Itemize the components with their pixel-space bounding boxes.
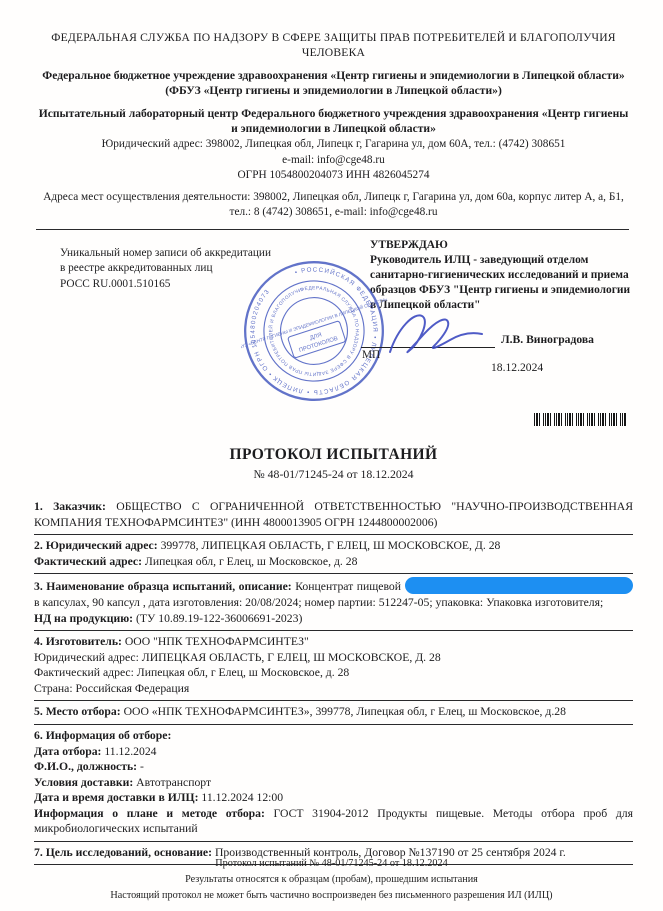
section4-value: ООО "НПК ТЕХНОФАРМСИНТЕЗ"	[125, 635, 309, 648]
federal-service-name: ФЕДЕРАЛЬНАЯ СЛУЖБА ПО НАДЗОРУ В СФЕРЕ ЗА…	[34, 30, 633, 61]
section2-value: 399778, ЛИПЕЦКАЯ ОБЛАСТЬ, Г ЕЛЕЦ, Ш МОСК…	[161, 539, 501, 552]
section1-label: 1. Заказчик:	[34, 500, 106, 513]
approval-text: УТВЕРЖДАЮ Руководитель ИЛЦ - заведующий …	[370, 238, 636, 313]
section2-label: 2. Юридический адрес:	[34, 539, 158, 552]
sampling-method-label: Информация о плане и методе отбора:	[34, 807, 265, 820]
signature-scribble	[384, 308, 494, 360]
footer-results-note: Результаты относятся к образцам (пробам)…	[0, 872, 663, 888]
email-line: e-mail: info@cge48.ru	[34, 153, 633, 168]
stamp-outer-ring-text: • РОССИЙСКАЯ ФЕДЕРАЦИЯ • ЛИПЕЦКАЯ ОБЛАСТ…	[241, 258, 387, 404]
sampler-name-value: -	[140, 760, 144, 773]
round-stamp: • РОССИЙСКАЯ ФЕДЕРАЦИЯ • ЛИПЕЦКАЯ ОБЛАСТ…	[241, 258, 387, 404]
divider	[34, 700, 633, 701]
sampling-date-label: Дата отбора:	[34, 745, 101, 758]
approval-block: Уникальный номер записи об аккредитации …	[34, 230, 633, 442]
svg-text:• РОССИЙСКАЯ ФЕДЕРАЦИЯ • ЛИПЕЦ: • РОССИЙСКАЯ ФЕДЕРАЦИЯ • ЛИПЕЦКАЯ ОБЛАСТ…	[241, 258, 387, 404]
divider	[34, 724, 633, 725]
section-customer: 1. Заказчик: ОБЩЕСТВО С ОГРАНИЧЕННОЙ ОТВ…	[34, 498, 633, 532]
divider	[34, 841, 633, 842]
protocol-title: ПРОТОКОЛ ИСПЫТАНИЙ	[34, 446, 633, 464]
delivery-conditions-value: Автотранспорт	[136, 776, 211, 789]
section-manufacturer: 4. Изготовитель: ООО "НПК ТЕХНОФАРМСИНТЕ…	[34, 633, 633, 698]
divider	[34, 630, 633, 631]
sampler-name-label: Ф.И.О., должность:	[34, 760, 137, 773]
section2-label2: Фактический адрес:	[34, 555, 142, 568]
section2-value2: Липецкая обл, г Елец, ш Московское, д. 2…	[145, 555, 358, 568]
organization-abbrev: (ФБУЗ «Центр гигиены и эпидемиологии в Л…	[34, 83, 633, 98]
legal-address: Юридический адрес: 398002, Липецкая обл,…	[34, 137, 633, 152]
section3-value-after: в капсулах, 90 капсул , дата изготовлени…	[34, 596, 603, 609]
section4-legal-address: Юридический адрес: ЛИПЕЦКАЯ ОБЛАСТЬ, Г Е…	[34, 650, 633, 666]
section3-value-before: Концентрат пищевой	[295, 580, 401, 593]
section-sampling-info: 6. Информация об отборе: Дата отбора: 11…	[34, 727, 633, 839]
section4-label: 4. Изготовитель:	[34, 635, 122, 648]
mp-seal-label: МП	[362, 349, 380, 361]
barcode	[534, 413, 627, 426]
section5-label: 5. Место отбора:	[34, 705, 121, 718]
section3-label: 3. Наименование образца испытаний, описа…	[34, 580, 292, 593]
approval-position: Руководитель ИЛЦ - заведующий отделом са…	[370, 253, 636, 313]
section-sample-name: 3. Наименование образца испытаний, описа…	[34, 576, 633, 628]
section3-nd-label: НД на продукцию:	[34, 612, 133, 625]
section4-country: Страна: Российская Федерация	[34, 681, 633, 697]
ogrn-inn-line: ОГРН 1054800204073 ИНН 4826045274	[34, 168, 633, 183]
protocol-number: № 48-01/71245-24 от 18.12.2024	[34, 467, 633, 482]
protocol-sections: 1. Заказчик: ОБЩЕСТВО С ОГРАНИЧЕННОЙ ОТВ…	[34, 498, 633, 865]
activity-addresses: Адреса мест осуществления деятельности: …	[34, 190, 633, 219]
approval-date: 18.12.2024	[491, 361, 543, 374]
section1-value: ОБЩЕСТВО С ОГРАНИЧЕННОЙ ОТВЕТСТВЕННОСТЬЮ…	[34, 500, 633, 529]
delivery-datetime-label: Дата и время доставки в ИЛЦ:	[34, 791, 198, 804]
divider	[34, 573, 633, 574]
protocol-document-page: ФЕДЕРАЛЬНАЯ СЛУЖБА ПО НАДЗОРУ В СФЕРЕ ЗА…	[0, 0, 663, 911]
section4-actual-address: Фактический адрес: Липецкая обл, г Елец,…	[34, 665, 633, 681]
divider	[34, 534, 633, 535]
delivery-datetime-value: 11.12.2024 12:00	[201, 791, 283, 804]
lab-center-name: Испытательный лабораторный центр Федерал…	[34, 106, 633, 136]
section-legal-address: 2. Юридический адрес: 399778, ЛИПЕЦКАЯ О…	[34, 537, 633, 571]
approval-title: УТВЕРЖДАЮ	[370, 238, 636, 253]
section-sampling-place: 5. Место отбора: ООО «НПК ТЕХНОФАРМСИНТЕ…	[34, 703, 633, 722]
sampling-date-value: 11.12.2024	[104, 745, 156, 758]
document-header: ФЕДЕРАЛЬНАЯ СЛУЖБА ПО НАДЗОРУ В СФЕРЕ ЗА…	[34, 30, 633, 219]
signer-name: Л.В. Виноградова	[501, 333, 594, 346]
section6-label: 6. Информация об отборе:	[34, 729, 171, 742]
organization-name: Федеральное бюджетное учреждение здравоо…	[34, 68, 633, 83]
section5-value: ООО «НПК ТЕХНОФАРМСИНТЕЗ», 399778, Липец…	[124, 705, 566, 718]
footer-protocol-number: Протокол испытаний № 48-01/71245-24 от 1…	[0, 856, 663, 872]
delivery-conditions-label: Условия доставки:	[34, 776, 133, 789]
section3-nd-value: (ТУ 10.89.19-122-36006691-2023)	[136, 612, 302, 625]
protocol-title-block: ПРОТОКОЛ ИСПЫТАНИЙ № 48-01/71245-24 от 1…	[34, 446, 633, 482]
page-footer: Протокол испытаний № 48-01/71245-24 от 1…	[0, 856, 663, 903]
footer-reproduction-note: Настоящий протокол не может быть частичн…	[0, 888, 663, 904]
redaction-overlay	[405, 577, 633, 594]
